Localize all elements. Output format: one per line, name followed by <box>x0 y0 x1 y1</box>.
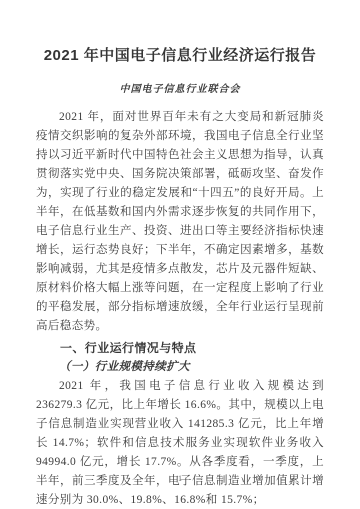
intro-paragraph: 2021 年，面对世界百年未有之大变局和新冠肺炎疫情交织影响的复杂外部环境，我国… <box>36 108 324 336</box>
document-title: 2021 年中国电子信息行业经济运行报告 <box>36 46 324 65</box>
page-number: 1 <box>0 474 360 483</box>
body-paragraph: 2021 年，我国电子信息行业收入规模达到 236279.3 亿元，比上年增长 … <box>36 377 324 509</box>
section-heading: 一、行业运行情况与特点 <box>36 339 324 358</box>
subsection-heading: （一）行业规模持续扩大 <box>36 358 324 377</box>
document-page: 2021 年中国电子信息行业经济运行报告 中国电子信息行业联合会 2021 年，… <box>0 0 360 509</box>
document-author: 中国电子信息行业联合会 <box>36 80 324 95</box>
